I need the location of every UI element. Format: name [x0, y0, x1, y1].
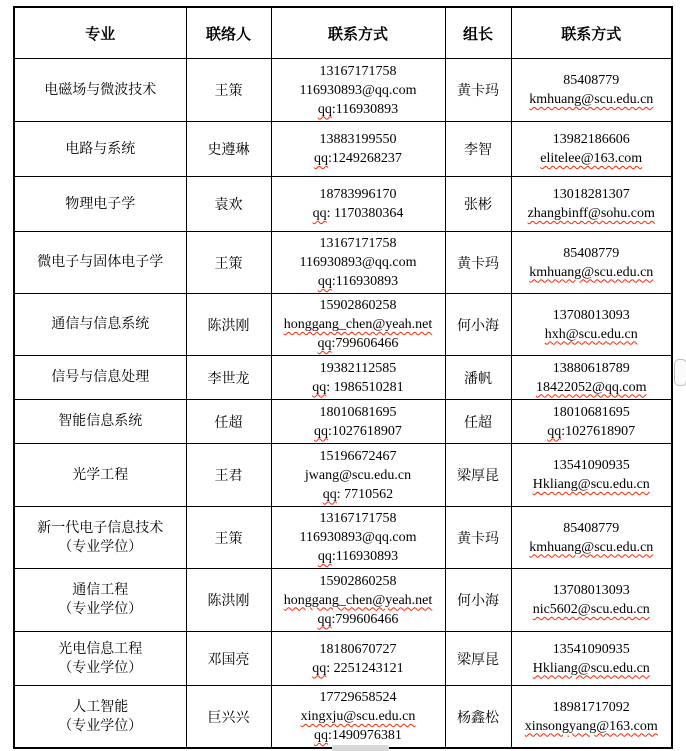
contact-info-cell: 13167171758116930893@qq.comqq:116930893: [271, 59, 445, 122]
spellcheck-underlined-text: xingxju@scu.edu.cn: [301, 709, 416, 724]
contact-line: xingxju@scu.edu.cn: [275, 707, 442, 726]
spellcheck-underlined-text: nic5602@scu.edu.cn: [533, 602, 650, 617]
contact-line: 18783996170: [275, 185, 442, 204]
contact-person-cell: 陈洪刚: [186, 569, 271, 632]
contact-person-cell: 陈洪刚: [186, 294, 271, 356]
contact-line: qq: 7710562: [275, 485, 442, 504]
contact-info-cell: 13167171758116930893@qq.comqq:116930893: [271, 507, 445, 569]
contact-line: 116930893@qq.com: [275, 253, 442, 272]
contact-line: 116930893@qq.com: [275, 528, 442, 547]
spellcheck-underlined-text: qq: [313, 206, 327, 221]
leader-info-cell: 85408779kmhuang@scu.edu.cn: [511, 59, 672, 122]
leader-info-cell: 85408779kmhuang@scu.edu.cn: [511, 507, 672, 569]
major-cell: 物理电子学: [14, 177, 186, 232]
contact-line: elitelee@163.com: [515, 149, 669, 168]
contact-line: 85408779: [515, 244, 669, 263]
major-cell: 通信与信息系统: [14, 294, 186, 356]
spellcheck-underlined-text: kmhuang@scu.edu.cn: [529, 265, 653, 280]
table-row: 新一代电子信息技术（专业学位）王策13167171758116930893@qq…: [14, 507, 672, 569]
header-cell-major: 专业: [14, 7, 186, 59]
contact-line: 13880618789: [515, 359, 669, 378]
contact-info-cell: 15902860258honggang_chen@yeah.netqq:7996…: [271, 294, 445, 356]
contact-line: qq:1249268237: [275, 149, 442, 168]
contact-table-container: 专业 联络人 联系方式 组长 联系方式 电磁场与微波技术王策1316717175…: [13, 6, 673, 749]
leader-cell: 梁厚昆: [445, 444, 511, 507]
table-row: 通信工程（专业学位）陈洪刚15902860258honggang_chen@ye…: [14, 569, 672, 632]
contact-info-cell: 19382112585qq: 1986510281: [271, 356, 445, 400]
contact-person-cell: 李世龙: [186, 356, 271, 400]
major-line: 人工智能: [18, 698, 183, 717]
leader-info-cell: 13018281307zhangbinff@sohu.com: [511, 177, 672, 232]
major-cell: 智能信息系统: [14, 400, 186, 444]
spellcheck-underlined-text: qq: [314, 151, 328, 166]
spellcheck-underlined-text: xinsongyang@163.com: [525, 719, 658, 734]
contact-line: 18180670727: [275, 640, 442, 659]
contact-person-cell: 王策: [186, 232, 271, 294]
contact-line: 13708013093: [515, 581, 669, 600]
major-cell: 新一代电子信息技术（专业学位）: [14, 507, 186, 569]
spellcheck-underlined-text: qq: [314, 424, 328, 439]
major-line: 光电信息工程: [18, 640, 183, 659]
major-cell: 光电信息工程（专业学位）: [14, 632, 186, 686]
contact-line: 15902860258: [275, 296, 442, 315]
major-line: 光学工程: [18, 466, 183, 485]
table-row: 物理电子学袁欢18783996170qq: 1170380364张彬130182…: [14, 177, 672, 232]
spellcheck-underlined-text: qq: [547, 424, 561, 439]
leader-info-cell: 18010681695qq:1027618907: [511, 400, 672, 444]
major-line: 电路与系统: [18, 140, 183, 159]
contact-line: kmhuang@scu.edu.cn: [515, 538, 669, 557]
contact-line: 13541090935: [515, 456, 669, 475]
major-line: （专业学位）: [18, 600, 183, 619]
leader-cell: 黄卡玛: [445, 232, 511, 294]
spellcheck-underlined-text: qq: [323, 487, 337, 502]
major-cell: 电磁场与微波技术: [14, 59, 186, 122]
page: 专业 联络人 联系方式 组长 联系方式 电磁场与微波技术王策1316717175…: [0, 0, 686, 751]
spellcheck-underlined-text: qq: [314, 728, 328, 743]
major-line: 微电子与固体电子学: [18, 253, 183, 272]
contact-line: kmhuang@scu.edu.cn: [515, 263, 669, 282]
leader-cell: 何小海: [445, 294, 511, 356]
contact-info-cell: 18783996170qq: 1170380364: [271, 177, 445, 232]
contact-line: qq:1027618907: [275, 422, 442, 441]
contact-line: 18010681695: [275, 403, 442, 422]
major-line: （专业学位）: [18, 717, 183, 736]
contact-line: qq: 2251243121: [275, 659, 442, 678]
contact-line: honggang_chen@yeah.net: [275, 315, 442, 334]
major-line: 通信工程: [18, 581, 183, 600]
leader-info-cell: 13541090935Hkliang@scu.edu.cn: [511, 632, 672, 686]
leader-info-cell: 13708013093hxh@scu.edu.cn: [511, 294, 672, 356]
table-row: 光学工程王君15196672467jwang@scu.edu.cnqq: 771…: [14, 444, 672, 507]
leader-cell: 李智: [445, 122, 511, 177]
spellcheck-underlined-text: hxh@scu.edu.cn: [545, 327, 638, 342]
contact-info-cell: 18180670727qq: 2251243121: [271, 632, 445, 686]
contact-info-cell: 18010681695qq:1027618907: [271, 400, 445, 444]
contact-info-cell: 13883199550qq:1249268237: [271, 122, 445, 177]
spellcheck-underlined-text: honggang_chen@yeah.net: [284, 317, 433, 332]
contact-line: 18010681695: [515, 403, 669, 422]
contact-person-cell: 王策: [186, 59, 271, 122]
leader-cell: 黄卡玛: [445, 59, 511, 122]
contact-line: qq:116930893: [275, 547, 442, 566]
table-row: 信号与信息处理李世龙19382112585qq: 1986510281潘帆138…: [14, 356, 672, 400]
spellcheck-underlined-text: qq: [318, 336, 332, 351]
header-cell-contact-person: 联络人: [186, 7, 271, 59]
header-cell-leader-info: 联系方式: [511, 7, 672, 59]
contact-line: Hkliang@scu.edu.cn: [515, 475, 669, 494]
contact-line: 15196672467: [275, 447, 442, 466]
major-cell: 信号与信息处理: [14, 356, 186, 400]
leader-cell: 潘帆: [445, 356, 511, 400]
spellcheck-underlined-text: elitelee@163.com: [540, 151, 642, 166]
table-row: 光电信息工程（专业学位）邓国亮18180670727qq: 2251243121…: [14, 632, 672, 686]
contact-info-cell: 13167171758116930893@qq.comqq:116930893: [271, 232, 445, 294]
contact-line: qq:799606466: [275, 610, 442, 629]
spellcheck-underlined-text: honggang_chen@yeah.net: [284, 593, 433, 608]
contact-line: 13167171758: [275, 62, 442, 81]
contact-line: 13982186606: [515, 130, 669, 149]
contact-line: 18422052@qq.com: [515, 378, 669, 397]
contact-line: Hkliang@scu.edu.cn: [515, 659, 669, 678]
contact-person-cell: 王君: [186, 444, 271, 507]
contact-info-cell: 15902860258honggang_chen@yeah.netqq:7996…: [271, 569, 445, 632]
spellcheck-underlined-text: qq: [318, 612, 332, 627]
leader-info-cell: 18981717092xinsongyang@163.com: [511, 686, 672, 749]
major-cell: 电路与系统: [14, 122, 186, 177]
table-row: 微电子与固体电子学王策13167171758116930893@qq.comqq…: [14, 232, 672, 294]
header-row: 专业 联络人 联系方式 组长 联系方式: [14, 7, 672, 59]
contact-info-cell: 17729658524xingxju@scu.edu.cnqq:14909763…: [271, 686, 445, 749]
contact-line: 13167171758: [275, 234, 442, 253]
contact-line: kmhuang@scu.edu.cn: [515, 90, 669, 109]
contact-line: qq:116930893: [275, 272, 442, 291]
contact-line: 85408779: [515, 71, 669, 90]
leader-info-cell: 1388061878918422052@qq.com: [511, 356, 672, 400]
table-row: 智能信息系统任超18010681695qq:1027618907任超180106…: [14, 400, 672, 444]
contact-line: 15902860258: [275, 572, 442, 591]
spellcheck-underlined-text: qq: [318, 274, 332, 289]
contact-line: 13167171758: [275, 509, 442, 528]
header-cell-contact-info: 联系方式: [271, 7, 445, 59]
spellcheck-underlined-text: qq: [312, 380, 326, 395]
spellcheck-underlined-text: qq: [312, 661, 326, 676]
major-line: （专业学位）: [18, 538, 183, 557]
spellcheck-underlined-text: qq: [318, 102, 332, 117]
right-edge-widget-artifact: [674, 359, 686, 386]
table-body: 电磁场与微波技术王策13167171758116930893@qq.comqq:…: [14, 59, 672, 749]
table-row: 电磁场与微波技术王策13167171758116930893@qq.comqq:…: [14, 59, 672, 122]
contact-line: zhangbinff@sohu.com: [515, 204, 669, 223]
contact-line: honggang_chen@yeah.net: [275, 591, 442, 610]
majors-contact-table: 专业 联络人 联系方式 组长 联系方式 电磁场与微波技术王策1316717175…: [13, 6, 673, 749]
contact-person-cell: 巨兴兴: [186, 686, 271, 749]
header-cell-leader: 组长: [445, 7, 511, 59]
leader-cell: 杨鑫松: [445, 686, 511, 749]
major-cell: 人工智能（专业学位）: [14, 686, 186, 749]
leader-cell: 何小海: [445, 569, 511, 632]
major-cell: 通信工程（专业学位）: [14, 569, 186, 632]
bottom-scrollbar-artifact: [332, 745, 389, 751]
contact-line: 13541090935: [515, 640, 669, 659]
contact-person-cell: 袁欢: [186, 177, 271, 232]
contact-line: 116930893@qq.com: [275, 81, 442, 100]
spellcheck-underlined-text: zhangbinff@sohu.com: [528, 206, 655, 221]
leader-cell: 黄卡玛: [445, 507, 511, 569]
contact-line: 18981717092: [515, 698, 669, 717]
contact-line: qq: 1170380364: [275, 204, 442, 223]
contact-line: 19382112585: [275, 359, 442, 378]
contact-line: jwang@scu.edu.cn: [275, 466, 442, 485]
major-line: 电磁场与微波技术: [18, 81, 183, 100]
contact-line: 13883199550: [275, 130, 442, 149]
major-line: （专业学位）: [18, 659, 183, 678]
contact-person-cell: 王策: [186, 507, 271, 569]
contact-line: xinsongyang@163.com: [515, 717, 669, 736]
leader-info-cell: 13541090935Hkliang@scu.edu.cn: [511, 444, 672, 507]
major-cell: 光学工程: [14, 444, 186, 507]
contact-info-cell: 15196672467jwang@scu.edu.cnqq: 7710562: [271, 444, 445, 507]
contact-line: 13708013093: [515, 306, 669, 325]
contact-line: 85408779: [515, 519, 669, 538]
table-row: 电路与系统史遵琳13883199550qq:1249268237李智139821…: [14, 122, 672, 177]
leader-cell: 张彬: [445, 177, 511, 232]
spellcheck-underlined-text: Hkliang@scu.edu.cn: [533, 477, 650, 492]
spellcheck-underlined-text: Hkliang@scu.edu.cn: [533, 661, 650, 676]
major-line: 信号与信息处理: [18, 368, 183, 387]
contact-line: hxh@scu.edu.cn: [515, 325, 669, 344]
leader-cell: 梁厚昆: [445, 632, 511, 686]
contact-line: nic5602@scu.edu.cn: [515, 600, 669, 619]
spellcheck-underlined-text: 18422052@qq.com: [536, 380, 647, 395]
contact-person-cell: 邓国亮: [186, 632, 271, 686]
contact-person-cell: 任超: [186, 400, 271, 444]
leader-info-cell: 85408779kmhuang@scu.edu.cn: [511, 232, 672, 294]
leader-cell: 任超: [445, 400, 511, 444]
leader-info-cell: 13708013093nic5602@scu.edu.cn: [511, 569, 672, 632]
contact-line: 13018281307: [515, 185, 669, 204]
contact-line: qq:116930893: [275, 100, 442, 119]
contact-person-cell: 史遵琳: [186, 122, 271, 177]
major-line: 物理电子学: [18, 195, 183, 214]
major-cell: 微电子与固体电子学: [14, 232, 186, 294]
contact-line: 17729658524: [275, 688, 442, 707]
table-row: 人工智能（专业学位）巨兴兴17729658524xingxju@scu.edu.…: [14, 686, 672, 749]
major-line: 智能信息系统: [18, 412, 183, 431]
major-line: 通信与信息系统: [18, 315, 183, 334]
leader-info-cell: 13982186606elitelee@163.com: [511, 122, 672, 177]
contact-line: qq:799606466: [275, 334, 442, 353]
contact-line: qq: 1986510281: [275, 378, 442, 397]
contact-line: qq:1027618907: [515, 422, 669, 441]
spellcheck-underlined-text: qq: [318, 549, 332, 564]
table-row: 通信与信息系统陈洪刚15902860258honggang_chen@yeah.…: [14, 294, 672, 356]
contact-line: qq:1490976381: [275, 726, 442, 745]
spellcheck-underlined-text: kmhuang@scu.edu.cn: [529, 540, 653, 555]
major-line: 新一代电子信息技术: [18, 519, 183, 538]
spellcheck-underlined-text: kmhuang@scu.edu.cn: [529, 92, 653, 107]
